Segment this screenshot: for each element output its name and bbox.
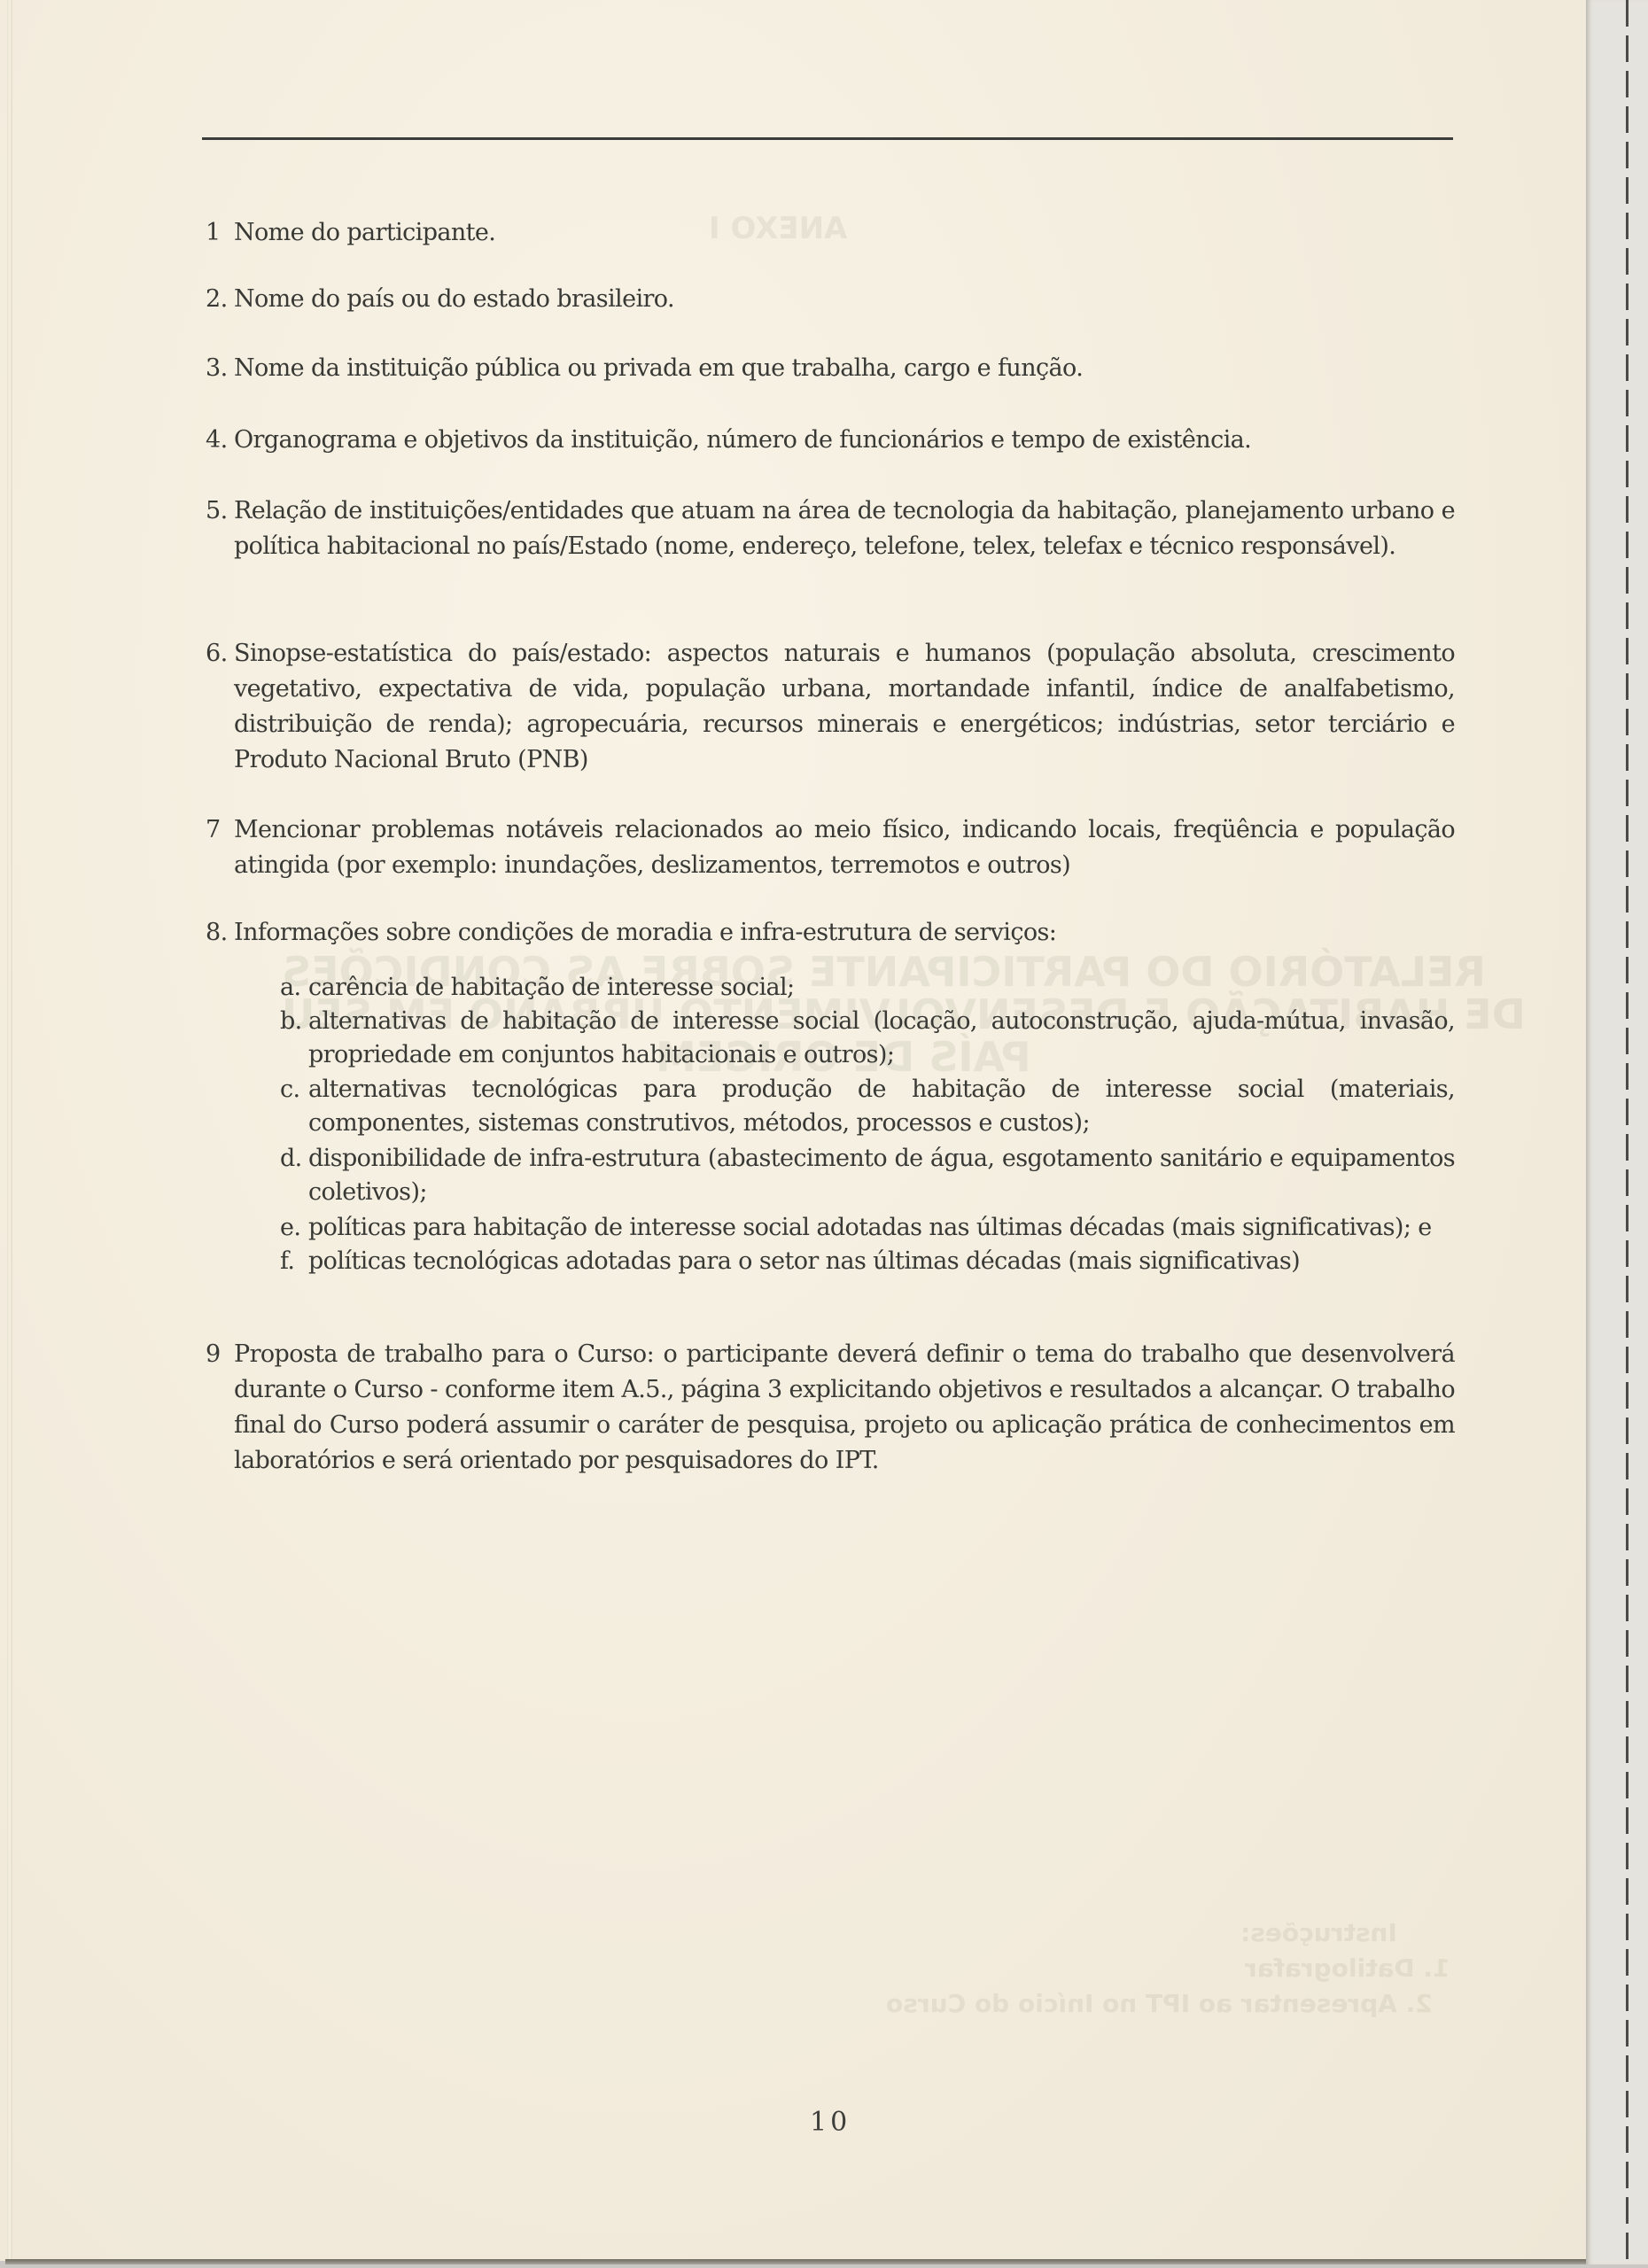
sub-item-letter: f. — [280, 1245, 307, 1278]
bleed-through-instructions-label: Instruções: — [1240, 1918, 1397, 1947]
sub-item-text: políticas para habitação de interesse so… — [308, 1211, 1455, 1245]
item-number: 1 — [206, 215, 232, 251]
item-number: 9 — [206, 1337, 232, 1372]
page-number: 10 — [810, 2107, 851, 2138]
sub-item-text: disponibilidade de infra-estrutura (abas… — [308, 1142, 1455, 1209]
sub-item-text: alternativas tecnológicas para produção … — [308, 1073, 1455, 1140]
item-number: 4. — [206, 423, 232, 458]
bleed-through-instruction-1: 1. Datilografar — [1245, 1953, 1450, 1983]
sub-item-text: políticas tecnológicas adotadas para o s… — [308, 1245, 1455, 1278]
page-bottom-shadow — [5, 2259, 1591, 2264]
document-page: ANEXO I RELATÓRIO DO PARTICIPANTE SOBRE … — [0, 0, 1586, 2261]
header-rule — [202, 137, 1453, 140]
list-item-1: 1 Nome do participante. — [206, 215, 1455, 251]
item-number: 3. — [206, 351, 232, 386]
item-text: Proposta de trabalho para o Curso: o par… — [234, 1337, 1455, 1479]
item-text: Nome da instituição pública ou privada e… — [234, 351, 1455, 386]
sub-item-letter: e. — [280, 1211, 307, 1245]
list-item-2: 2. Nome do país ou do estado brasileiro. — [206, 282, 1455, 317]
sub-item-d: d. disponibilidade de infra-estrutura (a… — [280, 1142, 1455, 1209]
sub-item-b: b. alternativas de habitação de interess… — [280, 1005, 1455, 1072]
item-number: 7 — [206, 812, 232, 848]
sub-item-text: alternativas de habitação de interesse s… — [308, 1005, 1455, 1072]
sub-item-c: c. alternativas tecnológicas para produç… — [280, 1073, 1455, 1140]
item-text: Mencionar problemas notáveis relacionado… — [234, 812, 1455, 883]
item-number: 5. — [206, 493, 232, 529]
sub-item-letter: c. — [280, 1073, 307, 1107]
sub-item-text: carência de habitação de interesse socia… — [308, 971, 1455, 1005]
sub-item-e: e. políticas para habitação de interesse… — [280, 1211, 1455, 1245]
sub-item-letter: d. — [280, 1142, 307, 1176]
list-item-8: 8. Informações sobre condições de moradi… — [206, 915, 1455, 951]
item-text: Informações sobre condições de moradia e… — [234, 915, 1455, 951]
item-text: Sinopse-estatística do país/estado: aspe… — [234, 636, 1455, 778]
page-left-edge — [7, 0, 12, 2261]
item-number: 8. — [206, 915, 232, 951]
list-item-7: 7 Mencionar problemas notáveis relaciona… — [206, 812, 1455, 883]
item-text: Relação de instituições/entidades que at… — [234, 493, 1455, 564]
sub-item-letter: a. — [280, 971, 307, 1005]
dashed-cut-line — [1626, 0, 1629, 2264]
list-item-9: 9 Proposta de trabalho para o Curso: o p… — [206, 1337, 1455, 1479]
item-text: Organograma e objetivos da instituição, … — [234, 423, 1455, 458]
sub-item-a: a. carência de habitação de interesse so… — [280, 971, 1455, 1005]
item-number: 2. — [206, 282, 232, 317]
item-number: 6. — [206, 636, 232, 672]
list-item-6: 6. Sinopse-estatística do país/estado: a… — [206, 636, 1455, 778]
item-text: Nome do participante. — [234, 215, 1455, 251]
list-item-4: 4. Organograma e objetivos da instituiçã… — [206, 423, 1455, 458]
adjacent-page-strip — [1586, 0, 1648, 2264]
item-text: Nome do país ou do estado brasileiro. — [234, 282, 1455, 317]
list-item-5: 5. Relação de instituições/entidades que… — [206, 493, 1455, 564]
sub-item-letter: b. — [280, 1005, 307, 1038]
list-item-3: 3. Nome da instituição pública ou privad… — [206, 351, 1455, 386]
sub-item-f: f. políticas tecnológicas adotadas para … — [280, 1245, 1455, 1278]
bleed-through-instruction-2: 2. Apresentar ao IPT no Início do Curso — [886, 1989, 1433, 2018]
